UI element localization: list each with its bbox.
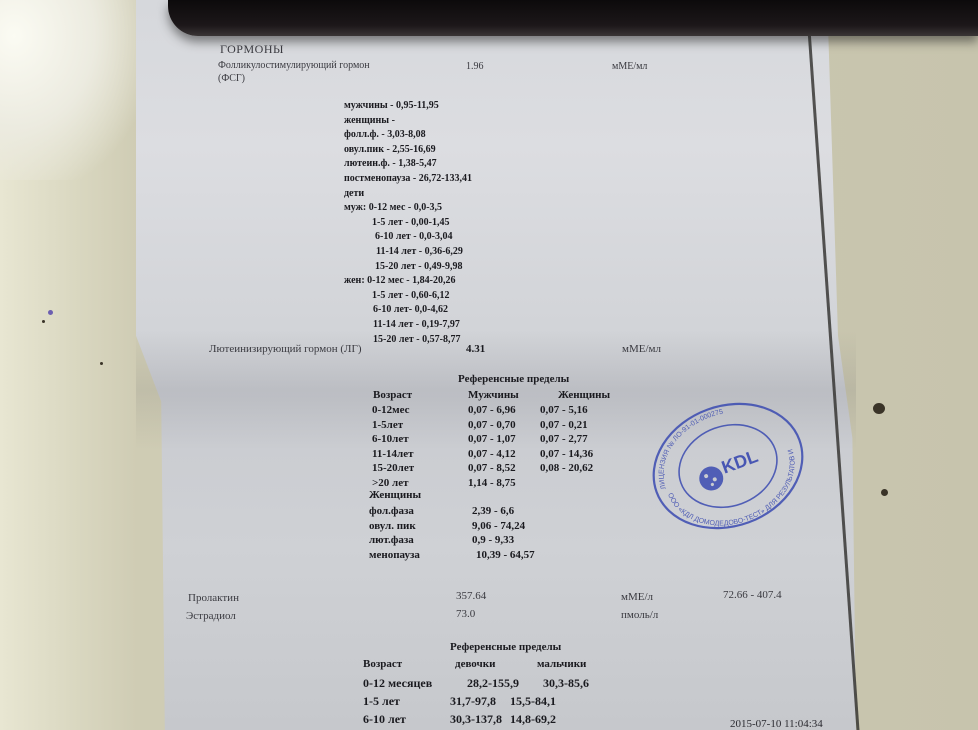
fsh-reference-line: 15-20 лет - 0,49-9,98 <box>375 261 462 272</box>
fsh-reference-line: 1-5 лет - 0,00-1,45 <box>372 217 449 228</box>
lh-women-range: 0,9 - 9,33 <box>472 534 514 546</box>
lh-reference-cell: 0,07 - 5,16 <box>540 404 588 416</box>
lh-reference-cell: 0,07 - 6,96 <box>468 404 516 416</box>
estradiol-reference-cell: 15,5-84,1 <box>510 694 556 709</box>
lh-reference-header: Возраст <box>373 389 412 401</box>
estradiol-units: пмоль/л <box>621 609 658 621</box>
lh-women-phase: лют.фаза <box>369 534 414 546</box>
fsh-reference-line: лютеин.ф. - 1,38-5,47 <box>344 158 437 169</box>
lh-reference-cell: 0,07 - 0,70 <box>468 419 516 431</box>
estradiol-reference-cell: 1-5 лет <box>363 694 400 709</box>
estradiol-reference-cell: 30,3-137,8 <box>450 712 502 727</box>
fsh-reference-line: 11-14 лет - 0,36-6,29 <box>376 246 463 257</box>
svg-text:KDL: KDL <box>719 446 761 477</box>
lh-reference-cell: 15-20лет <box>372 462 414 474</box>
fsh-reference-line: муж: 0-12 мес - 0,0-3,5 <box>344 202 442 213</box>
lh-women-range: 10,39 - 64,57 <box>476 549 535 561</box>
estradiol-reference-header: девочки <box>455 658 495 670</box>
lh-name: Лютеинизирующий гормон (ЛГ) <box>209 343 362 355</box>
lh-women-phase: менопауза <box>369 549 420 561</box>
estradiol-reference-cell: 6-10 лет <box>363 712 406 727</box>
lh-reference-title: Референсные пределы <box>458 373 569 385</box>
fsh-reference-line: жен: 0-12 мес - 1,84-20,26 <box>344 275 455 286</box>
fsh-name-abbr: (ФСГ) <box>218 73 245 84</box>
lh-reference-cell: 1-5лет <box>372 419 403 431</box>
fsh-reference-line: постменопауза - 26,72-133,41 <box>344 173 472 184</box>
fsh-reference-line: 11-14 лет - 0,19-7,97 <box>373 319 460 330</box>
light-glare <box>0 0 140 180</box>
fsh-reference-line: мужчины - 0,95-11,95 <box>344 100 439 111</box>
surface-speck <box>881 489 888 496</box>
lh-reference-cell: 0-12мес <box>372 404 410 416</box>
estradiol-reference-header: Возраст <box>363 658 402 670</box>
lh-women-phase: овул. пик <box>369 520 416 532</box>
lh-reference-cell: 0,07 - 14,36 <box>540 448 593 460</box>
prolactin-name: Пролактин <box>188 592 239 604</box>
lh-reference-cell: 11-14лет <box>372 448 414 460</box>
prolactin-reference: 72.66 - 407.4 <box>723 589 782 601</box>
fsh-reference-line: фолл.ф. - 3,03-8,08 <box>344 129 426 140</box>
estradiol-reference-cell: 14,8-69,2 <box>510 712 556 727</box>
estradiol-result: 73.0 <box>456 608 475 620</box>
lh-result: 4.31 <box>466 343 485 355</box>
surface-speck <box>42 320 45 323</box>
lh-reference-header: Мужчины <box>468 389 519 401</box>
fsh-reference-line: женщины - <box>344 115 395 126</box>
lh-reference-cell: 0,07 - 1,07 <box>468 433 516 445</box>
lh-reference-cell: 0,07 - 2,77 <box>540 433 588 445</box>
lh-reference-cell: 0,07 - 8,52 <box>468 462 516 474</box>
lh-reference-header: Женщины <box>558 389 610 401</box>
surface-speck <box>48 310 53 315</box>
lh-reference-cell: 1,14 - 8,75 <box>468 477 516 489</box>
fsh-result: 1.96 <box>466 61 484 72</box>
estradiol-reference-cell: 30,3-85,6 <box>543 676 589 691</box>
estradiol-reference-header: мальчики <box>537 658 586 670</box>
lh-reference-cell: 0,07 - 4,12 <box>468 448 516 460</box>
lh-units: мМЕ/мл <box>622 343 661 355</box>
lh-women-range: 9,06 - 74,24 <box>472 520 525 532</box>
lh-reference-cell: 0,07 - 0,21 <box>540 419 588 431</box>
lh-women-range: 2,39 - 6,6 <box>472 505 514 517</box>
print-timestamp: 2015-07-10 11:04:34 <box>730 718 823 730</box>
section-title: ГОРМОНЫ <box>220 42 284 57</box>
fsh-reference-line: овул.пик - 2,55-16,69 <box>344 144 436 155</box>
estradiol-reference-cell: 28,2-155,9 <box>467 676 519 691</box>
lh-reference-cell: 6-10лет <box>372 433 409 445</box>
prolactin-result: 357.64 <box>456 590 486 602</box>
lh-women-title: Женщины <box>369 489 421 501</box>
fsh-name: Фолликулостимулирующий гормон <box>218 60 370 71</box>
fsh-reference-line: 1-5 лет - 0,60-6,12 <box>372 290 449 301</box>
surface-speck <box>100 362 103 365</box>
lh-reference-cell: 0,08 - 20,62 <box>540 462 593 474</box>
dark-object-top <box>168 0 978 36</box>
fsh-units: мМЕ/мл <box>612 61 647 72</box>
estradiol-reference-cell: 31,7-97,8 <box>450 694 496 709</box>
fsh-reference-line: дети <box>344 188 364 199</box>
fsh-reference-line: 6-10 лет- 0,0-4,62 <box>373 304 448 315</box>
estradiol-reference-title: Референсные пределы <box>450 641 561 653</box>
fsh-reference-line: 15-20 лет - 0,57-8,77 <box>373 334 460 345</box>
fsh-reference-line: 6-10 лет - 0,0-3,04 <box>375 231 452 242</box>
lh-reference-cell: >20 лет <box>372 477 408 489</box>
estradiol-reference-cell: 0-12 месяцев <box>363 676 432 691</box>
surface-speck <box>873 403 885 414</box>
prolactin-units: мМЕ/л <box>621 591 653 603</box>
estradiol-name: Эстрадиол <box>186 610 236 622</box>
lh-women-phase: фол.фаза <box>369 505 414 517</box>
